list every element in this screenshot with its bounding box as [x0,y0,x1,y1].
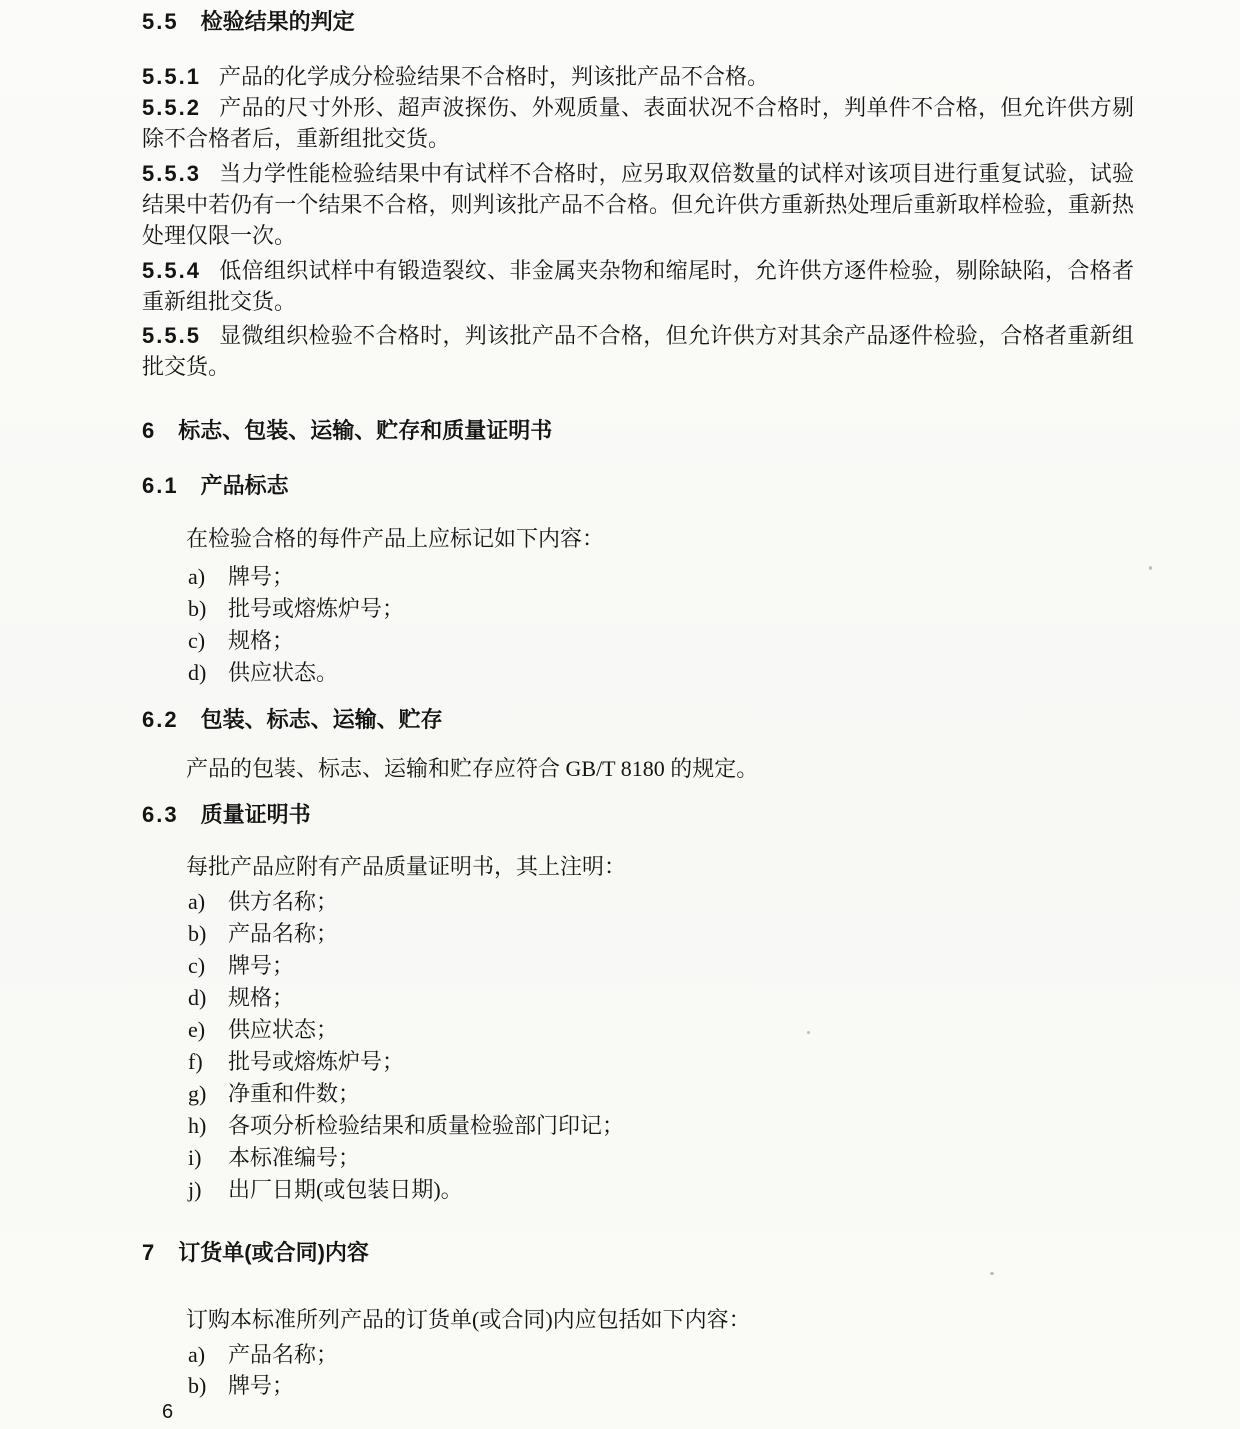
list-item: b)牌号； [188,1370,1180,1401]
list-item: c)牌号； [188,950,1180,982]
list-item-label: d) [188,982,228,1014]
list-item-text: 供应状态。 [228,660,338,685]
clause-text: 产品的化学成分检验结果不合格时，判该批产品不合格。 [219,64,769,89]
clause-title: 包装、标志、运输、贮存 [201,707,443,732]
section-heading-7: 7订货单(或合同)内容 [142,1240,1134,1266]
paragraph-6-2: 产品的包装、标志、运输和贮存应符合 GB/T 8180 的规定。 [142,753,1134,784]
clause-number: 6.3 [142,802,179,827]
list-item-label: c) [188,950,228,982]
list-item-label: a) [188,886,228,918]
clause-number: 5.5.3 [142,161,201,186]
scan-speck [807,1031,810,1034]
list-item-label: b) [188,593,228,625]
clause-5-5-3: 5.5.3当力学性能检验结果中有试样不合格时，应另取双倍数量的试样对该项目进行重… [142,158,1134,251]
list-item-text: 净重和件数； [228,1081,360,1106]
clause-number: 5.5.4 [142,258,201,283]
page-number: 6 [162,1401,173,1424]
section-title: 标志、包装、运输、贮存和质量证明书 [178,418,552,443]
clause-number: 5.5.5 [142,323,201,348]
clause-number: 5.5.2 [142,95,201,120]
list-item: b)批号或熔炼炉号； [188,593,1180,625]
list-item-label: b) [188,1370,228,1401]
section-title: 订货单(或合同)内容 [178,1240,369,1265]
list-item-text: 牌号； [228,1373,294,1398]
list-item-text: 产品名称； [228,1342,338,1367]
clause-heading-6-2: 6.2包装、标志、运输、贮存 [142,707,1134,733]
list-item-label: f) [188,1046,228,1078]
paragraph-6-1: 在检验合格的每件产品上应标记如下内容： [142,523,1134,554]
list-item-label: a) [188,1339,228,1370]
list-item: a)牌号； [188,561,1180,593]
list-item-text: 批号或熔炼炉号； [228,596,404,621]
list-item-text: 产品名称； [228,921,338,946]
list-item: g)净重和件数； [188,1078,1180,1110]
list-item: f)批号或熔炼炉号； [188,1046,1180,1078]
list-item-label: c) [188,625,228,657]
list-item: a)供方名称； [188,886,1180,918]
list-item-text: 出厂日期(或包装日期)。 [228,1177,463,1202]
list-item: a)产品名称； [188,1339,1180,1370]
list-item: d)供应状态。 [188,657,1180,689]
list-item: d)规格； [188,982,1180,1014]
clause-5-5-2: 5.5.2产品的尺寸外形、超声波探伤、外观质量、表面状况不合格时，判单件不合格，… [142,92,1134,154]
clause-heading-5-5: 5.5检验结果的判定 [142,9,1134,35]
clause-number: 6.2 [142,707,179,732]
clause-number: 6.1 [142,473,179,498]
list-item-label: a) [188,561,228,593]
list-item-label: h) [188,1110,228,1142]
list-item-text: 牌号； [228,953,294,978]
list-item: e)供应状态； [188,1014,1180,1046]
clause-5-5-4: 5.5.4低倍组织试样中有锻造裂纹、非金属夹杂物和缩尾时，允许供方逐件检验，剔除… [142,255,1134,317]
list-item-text: 批号或熔炼炉号； [228,1049,404,1074]
clause-title: 质量证明书 [201,802,311,827]
clause-number: 5.5.1 [142,64,201,89]
list-6-1: a)牌号； b)批号或熔炼炉号； c)规格； d)供应状态。 [142,561,1180,689]
clause-5-5-5: 5.5.5显微组织检验不合格时，判该批产品不合格，但允许供方对其余产品逐件检验，… [142,320,1134,382]
list-item-label: d) [188,657,228,689]
clause-heading-6-3: 6.3质量证明书 [142,802,1134,828]
paragraph-6-3: 每批产品应附有产品质量证明书，其上注明： [142,851,1134,882]
list-item-text: 牌号； [228,564,294,589]
list-item-label: j) [188,1174,228,1206]
list-item-label: b) [188,918,228,950]
scan-speck [990,1272,994,1275]
list-7: a)产品名称； b)牌号； [142,1339,1180,1401]
clause-text: 显微组织检验不合格时，判该批产品不合格，但允许供方对其余产品逐件检验，合格者重新… [142,323,1134,379]
list-item: c)规格； [188,625,1180,657]
list-item-text: 规格； [228,628,294,653]
list-item-text: 本标准编号； [228,1145,360,1170]
list-item-text: 规格； [228,985,294,1010]
list-item-text: 供方名称； [228,889,338,914]
clause-5-5-1: 5.5.1产品的化学成分检验结果不合格时，判该批产品不合格。 [142,61,1134,92]
list-item-label: i) [188,1142,228,1174]
clause-heading-6-1: 6.1产品标志 [142,473,1134,499]
list-item-label: e) [188,1014,228,1046]
list-item-label: g) [188,1078,228,1110]
list-item: i)本标准编号； [188,1142,1180,1174]
clause-text: 产品的尺寸外形、超声波探伤、外观质量、表面状况不合格时，判单件不合格，但允许供方… [142,95,1134,151]
document-page: 5.5检验结果的判定 5.5.1产品的化学成分检验结果不合格时，判该批产品不合格… [0,0,1240,1429]
list-6-3: a)供方名称； b)产品名称； c)牌号； d)规格； e)供应状态； f)批号… [142,886,1180,1206]
section-heading-6: 6标志、包装、运输、贮存和质量证明书 [142,418,1134,444]
list-item: j)出厂日期(或包装日期)。 [188,1174,1180,1206]
scan-speck [1149,566,1152,570]
list-item: b)产品名称； [188,918,1180,950]
list-item: h)各项分析检验结果和质量检验部门印记； [188,1110,1180,1142]
clause-text: 当力学性能检验结果中有试样不合格时，应另取双倍数量的试样对该项目进行重复试验，试… [142,161,1134,248]
list-item-text: 供应状态； [228,1017,338,1042]
clause-text: 低倍组织试样中有锻造裂纹、非金属夹杂物和缩尾时，允许供方逐件检验，剔除缺陷，合格… [142,258,1134,314]
clause-title: 产品标志 [201,473,289,498]
paragraph-7: 订购本标准所列产品的订货单(或合同)内应包括如下内容： [142,1304,1134,1335]
clause-title: 检验结果的判定 [201,9,355,34]
list-item-text: 各项分析检验结果和质量检验部门印记； [228,1113,624,1138]
clause-number: 5.5 [142,9,179,34]
section-number: 6 [142,418,156,443]
section-number: 7 [142,1240,156,1265]
